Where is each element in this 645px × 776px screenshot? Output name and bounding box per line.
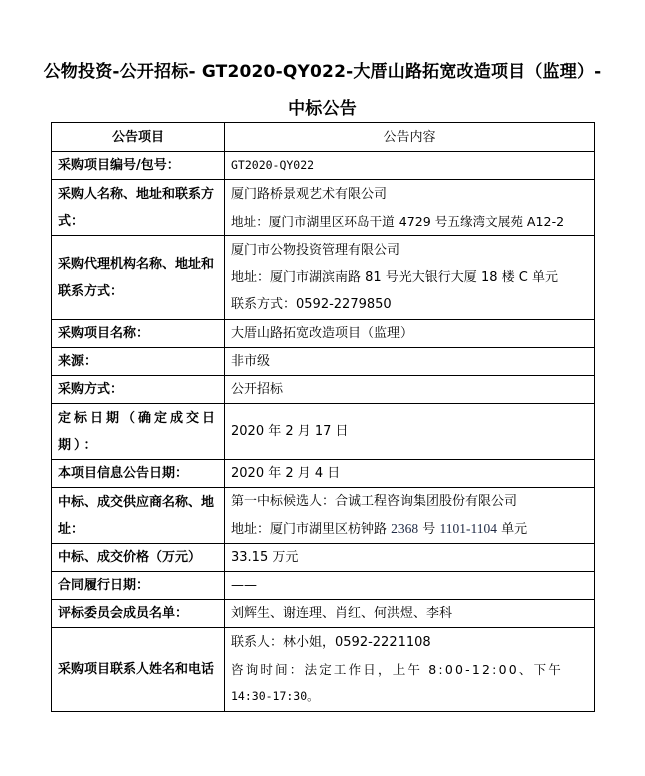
row-value: 公开招标	[225, 376, 595, 404]
winner-name: 第一中标候选人：合诚工程咨询集团股份有限公司	[231, 488, 588, 515]
winner-address: 地址：厦门市湖里区枋钟路 2368 号 1101-1104 单元	[231, 515, 588, 543]
winner-address-street: 地址：厦门市湖里区枋钟路	[231, 522, 387, 537]
row-value: ——	[225, 572, 595, 600]
agency-contact: 联系方式：0592-2279850	[231, 291, 588, 318]
header-item: 公告项目	[52, 123, 225, 152]
document-title-line2: 中标公告	[0, 94, 645, 119]
table-row-agency: 采购代理机构名称、地址和联系方式： 厦门市公物投资管理有限公司 地址：厦门市湖滨…	[52, 236, 595, 320]
notice-table: 公告项目 公告内容 采购项目编号/包号： GT2020-QY022 采购人名称、…	[51, 122, 595, 712]
row-value: 33.15 万元	[225, 544, 595, 572]
table-row-source: 来源： 非市级	[52, 348, 595, 376]
row-label: 采购方式：	[52, 376, 225, 404]
table-row-contract-date: 合同履行日期： ——	[52, 572, 595, 600]
table-row-method: 采购方式： 公开招标	[52, 376, 595, 404]
row-label: 本项目信息公告日期：	[52, 460, 225, 488]
row-label: 采购人名称、地址和联系方式：	[52, 180, 225, 236]
row-label: 定标日期（确定成交日期）：	[52, 404, 225, 460]
committee-members: 刘辉生、谢连理、肖红、何洪煜、李科	[231, 600, 588, 627]
purchaser-address: 地址：厦门市湖里区环岛干道 4729 号五缘湾文展苑 A12-2	[231, 208, 588, 235]
row-value: 第一中标候选人：合诚工程咨询集团股份有限公司 地址：厦门市湖里区枋钟路 2368…	[225, 488, 595, 544]
consult-hours-cont: 14:30-17:30。	[231, 683, 588, 710]
row-label: 合同履行日期：	[52, 572, 225, 600]
row-label: 采购代理机构名称、地址和联系方式：	[52, 236, 225, 320]
consult-hours: 咨询时间：法定工作日，上午 8:00-12:00、下午	[231, 656, 588, 683]
project-number: GT2020-QY022	[231, 152, 588, 179]
row-label: 采购项目名称：	[52, 320, 225, 348]
publish-date: 2020 年 2 月 4 日	[231, 460, 588, 487]
contract-date: ——	[231, 572, 588, 599]
row-label: 中标、成交价格（万元）	[52, 544, 225, 572]
winner-address-hao: 号	[422, 522, 435, 537]
table-row-award-date: 定标日期（确定成交日期）： 2020 年 2 月 17 日	[52, 404, 595, 460]
contact-person: 联系人：林小姐，0592-2221108	[231, 629, 588, 656]
table-header-row: 公告项目 公告内容	[52, 123, 595, 152]
row-label: 中标、成交供应商名称、地址：	[52, 488, 225, 544]
row-value: 厦门市公物投资管理有限公司 地址：厦门市湖滨南路 81 号光大银行大厦 18 楼…	[225, 236, 595, 320]
winner-address-unit: 1101-1104	[439, 521, 497, 536]
project-name: 大厝山路拓宽改造项目（监理）	[231, 320, 588, 347]
purchaser-name: 厦门路桥景观艺术有限公司	[231, 181, 588, 208]
table-row-committee: 评标委员会成员名单： 刘辉生、谢连理、肖红、何洪煜、李科	[52, 600, 595, 628]
source: 非市级	[231, 348, 588, 375]
table-row-project-name: 采购项目名称： 大厝山路拓宽改造项目（监理）	[52, 320, 595, 348]
row-label: 来源：	[52, 348, 225, 376]
table-row-price: 中标、成交价格（万元） 33.15 万元	[52, 544, 595, 572]
row-value: 厦门路桥景观艺术有限公司 地址：厦门市湖里区环岛干道 4729 号五缘湾文展苑 …	[225, 180, 595, 236]
agency-address: 地址：厦门市湖滨南路 81 号光大银行大厦 18 楼 C 单元	[231, 264, 588, 291]
row-label: 采购项目联系人姓名和电话	[52, 628, 225, 712]
row-value: 2020 年 2 月 4 日	[225, 460, 595, 488]
row-value: GT2020-QY022	[225, 152, 595, 180]
winning-price: 33.15 万元	[231, 544, 588, 571]
table-row-project-number: 采购项目编号/包号： GT2020-QY022	[52, 152, 595, 180]
procurement-method: 公开招标	[231, 376, 588, 403]
row-value: 联系人：林小姐，0592-2221108 咨询时间：法定工作日，上午 8:00-…	[225, 628, 595, 712]
row-value: 大厝山路拓宽改造项目（监理）	[225, 320, 595, 348]
table-row-purchaser: 采购人名称、地址和联系方式： 厦门路桥景观艺术有限公司 地址：厦门市湖里区环岛干…	[52, 180, 595, 236]
winner-address-suffix: 单元	[501, 522, 527, 537]
row-label: 采购项目编号/包号：	[52, 152, 225, 180]
winner-address-number: 2368	[391, 521, 418, 536]
row-value: 非市级	[225, 348, 595, 376]
document-title-line1: 公物投资-公开招标- GT2020-QY022-大厝山路拓宽改造项目（监理）-	[0, 57, 645, 82]
header-content: 公告内容	[225, 123, 595, 152]
row-value: 2020 年 2 月 17 日	[225, 404, 595, 460]
agency-name: 厦门市公物投资管理有限公司	[231, 237, 588, 264]
table-row-publish-date: 本项目信息公告日期： 2020 年 2 月 4 日	[52, 460, 595, 488]
award-date: 2020 年 2 月 17 日	[231, 418, 588, 445]
row-value: 刘辉生、谢连理、肖红、何洪煜、李科	[225, 600, 595, 628]
table-row-winner: 中标、成交供应商名称、地址： 第一中标候选人：合诚工程咨询集团股份有限公司 地址…	[52, 488, 595, 544]
row-label: 评标委员会成员名单：	[52, 600, 225, 628]
table-row-contact: 采购项目联系人姓名和电话 联系人：林小姐，0592-2221108 咨询时间：法…	[52, 628, 595, 712]
